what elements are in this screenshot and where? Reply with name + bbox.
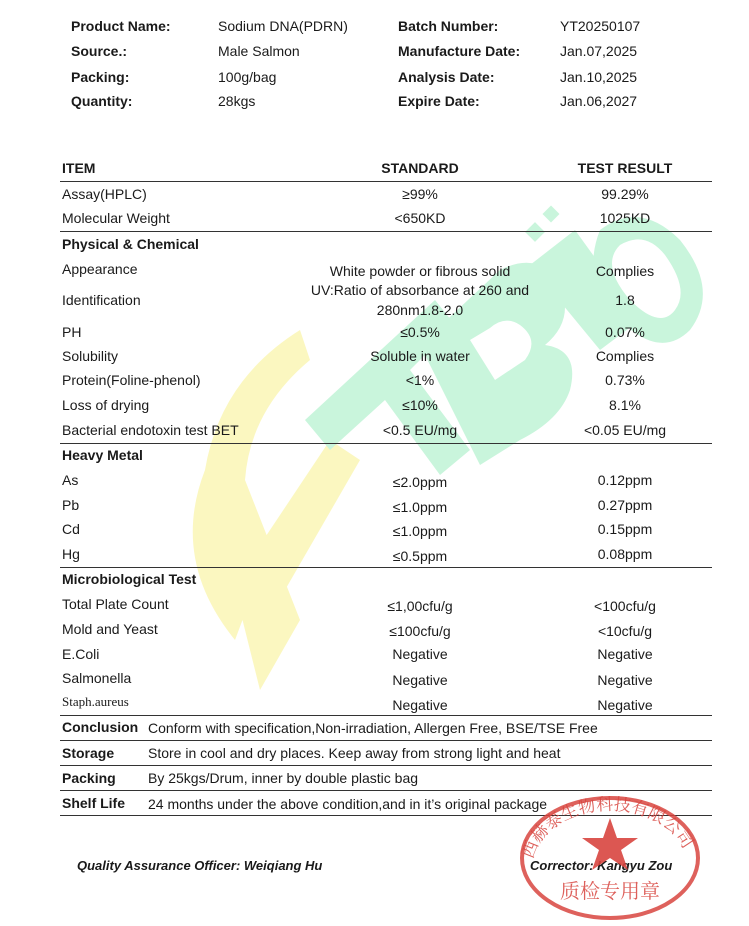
item-cell: Bacterial endotoxin test BET: [62, 422, 239, 438]
result-cell: 0.08ppm: [550, 546, 700, 562]
result-cell: Negative: [550, 646, 700, 662]
item-cell: As: [62, 472, 78, 488]
result-cell: 0.27ppm: [550, 497, 700, 513]
qa-officer-signature: Quality Assurance Officer: Weiqiang Hu: [77, 858, 322, 873]
section-title: Physical & Chemical: [62, 236, 199, 252]
table-header: ITEM STANDARD TEST RESULT: [60, 156, 712, 180]
storage-label: Storage: [62, 745, 114, 761]
corrector-signature: Corrector: Kangyu Zou: [530, 858, 672, 873]
table-row: Staph.aureus Negative Negative: [60, 690, 712, 714]
standard-cell: Negative: [310, 672, 530, 688]
standard-cell: ≤10%: [310, 397, 530, 413]
result-cell: 0.07%: [550, 324, 700, 340]
divider: [60, 790, 712, 791]
result-cell: Negative: [550, 697, 700, 713]
result-cell: <10cfu/g: [550, 623, 700, 639]
coa-document: Product Name: Sodium DNA(PDRN) Source.: …: [0, 0, 749, 926]
table-row: Hg ≤0.5ppm 0.08ppm: [60, 542, 712, 566]
item-cell: Salmonella: [62, 670, 131, 686]
expire-date-label: Expire Date:: [398, 93, 480, 109]
standard-cell: ≤100cfu/g: [310, 623, 530, 639]
standard-cell: <1%: [310, 372, 530, 388]
col-item: ITEM: [62, 160, 95, 176]
packing-footer-label: Packing: [62, 770, 116, 786]
col-test-result: TEST RESULT: [550, 160, 700, 176]
result-cell: <100cfu/g: [550, 598, 700, 614]
source-value: Male Salmon: [218, 43, 300, 59]
result-cell: 99.29%: [550, 186, 700, 202]
standard-cell: Soluble in water: [310, 348, 530, 364]
standard-cell: Negative: [310, 697, 530, 713]
expire-date-value: Jan.06,2027: [560, 93, 637, 109]
item-cell: Assay(HPLC): [62, 186, 147, 202]
result-cell: 1025KD: [550, 210, 700, 226]
item-cell: Protein(Foline-phenol): [62, 372, 201, 388]
manufacture-date-label: Manufacture Date:: [398, 43, 520, 59]
table-row: Cd ≤1.0ppm 0.15ppm: [60, 517, 712, 541]
table-row: Protein(Foline-phenol) <1% 0.73%: [60, 368, 712, 392]
quantity-label: Quantity:: [71, 93, 132, 109]
standard-cell: Negative: [310, 646, 530, 662]
result-cell: 0.12ppm: [550, 472, 700, 488]
conclusion-value: Conform with specification,Non-irradiati…: [148, 720, 598, 736]
standard-cell-line1: UV:Ratio of absorbance at 260 and: [310, 282, 530, 298]
result-cell: 1.8: [550, 292, 700, 308]
packing-label: Packing:: [71, 69, 129, 85]
table-row: Assay(HPLC) ≥99% 99.29%: [60, 182, 712, 206]
standard-cell: <650KD: [310, 210, 530, 226]
section-heavy-metal: Heavy Metal: [60, 443, 712, 467]
col-standard: STANDARD: [310, 160, 530, 176]
table-row: Appearance White powder or fibrous solid…: [60, 257, 712, 281]
section-physical-chemical: Physical & Chemical: [60, 232, 712, 256]
result-cell: <0.05 EU/mg: [550, 422, 700, 438]
table-row: E.Coli Negative Negative: [60, 642, 712, 666]
divider: [60, 765, 712, 766]
table-row: Solubility Soluble in water Complies: [60, 344, 712, 368]
divider: [60, 815, 712, 816]
section-title: Heavy Metal: [62, 447, 143, 463]
divider: [60, 740, 712, 741]
standard-cell: ≤1.0ppm: [310, 499, 530, 515]
packing-footer-value: By 25kgs/Drum, inner by double plastic b…: [148, 770, 418, 786]
item-cell: Staph.aureus: [62, 694, 129, 710]
standard-cell: ≥99%: [310, 186, 530, 202]
section-title: Microbiological Test: [62, 571, 196, 587]
standard-cell-line2: 280nm1.8-2.0: [310, 302, 530, 318]
shelf-life-label: Shelf Life: [62, 795, 125, 811]
shelf-life-value: 24 months under the above condition,and …: [148, 796, 547, 812]
table-row: Molecular Weight <650KD 1025KD: [60, 206, 712, 230]
table-row: Loss of drying ≤10% 8.1%: [60, 393, 712, 417]
item-cell: Molecular Weight: [62, 210, 170, 226]
standard-cell: ≤1.0ppm: [310, 523, 530, 539]
standard-cell: ≤2.0ppm: [310, 474, 530, 490]
storage-value: Store in cool and dry places. Keep away …: [148, 745, 560, 761]
conclusion-label: Conclusion: [62, 719, 138, 735]
section-microbiological: Microbiological Test: [60, 567, 712, 591]
item-cell: Pb: [62, 497, 79, 513]
product-name-label: Product Name:: [71, 18, 171, 34]
item-cell: E.Coli: [62, 646, 99, 662]
standard-cell: ≤0.5%: [310, 324, 530, 340]
source-label: Source.:: [71, 43, 127, 59]
item-cell: Appearance: [62, 261, 138, 277]
table-row: Pb ≤1.0ppm 0.27ppm: [60, 493, 712, 517]
result-cell: Negative: [550, 672, 700, 688]
product-name-value: Sodium DNA(PDRN): [218, 18, 348, 34]
manufacture-date-value: Jan.07,2025: [560, 43, 637, 59]
table-row: Bacterial endotoxin test BET <0.5 EU/mg …: [60, 418, 712, 442]
item-cell: Mold and Yeast: [62, 621, 158, 637]
standard-cell: ≤1,00cfu/g: [310, 598, 530, 614]
table-row: Mold and Yeast ≤100cfu/g <10cfu/g: [60, 617, 712, 641]
result-cell: Complies: [550, 348, 700, 364]
standard-cell: <0.5 EU/mg: [310, 422, 530, 438]
item-cell: Hg: [62, 546, 80, 562]
result-cell: 0.15ppm: [550, 521, 700, 537]
item-cell: Total Plate Count: [62, 596, 169, 612]
analysis-date-value: Jan.10,2025: [560, 69, 637, 85]
item-cell: Loss of drying: [62, 397, 149, 413]
result-cell: 8.1%: [550, 397, 700, 413]
packing-value: 100g/bag: [218, 69, 276, 85]
divider: [60, 715, 712, 716]
standard-cell: ≤0.5ppm: [310, 548, 530, 564]
batch-number-label: Batch Number:: [398, 18, 498, 34]
table-row: Total Plate Count ≤1,00cfu/g <100cfu/g: [60, 592, 712, 616]
table-row: Identification UV:Ratio of absorbance at…: [60, 280, 712, 320]
batch-number-value: YT20250107: [560, 18, 640, 34]
quantity-value: 28kgs: [218, 93, 255, 109]
item-cell: Identification: [62, 292, 141, 308]
table-row: As ≤2.0ppm 0.12ppm: [60, 468, 712, 492]
result-cell: Complies: [550, 263, 700, 279]
analysis-date-label: Analysis Date:: [398, 69, 494, 85]
item-cell: Solubility: [62, 348, 118, 364]
table-row: Salmonella Negative Negative: [60, 666, 712, 690]
table-row: PH ≤0.5% 0.07%: [60, 320, 712, 344]
standard-cell: White powder or fibrous solid: [310, 263, 530, 279]
item-cell: Cd: [62, 521, 80, 537]
result-cell: 0.73%: [550, 372, 700, 388]
item-cell: PH: [62, 324, 81, 340]
